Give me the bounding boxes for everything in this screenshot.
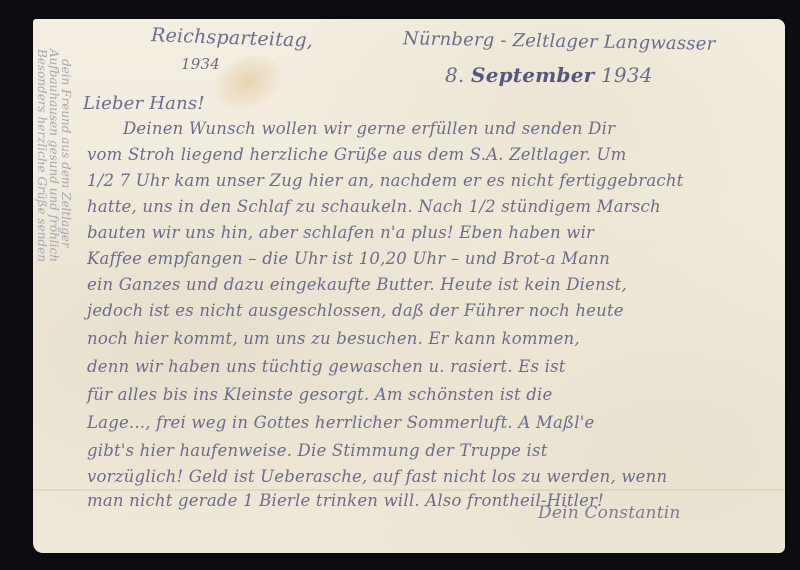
event-title: Reichsparteitag,: [151, 24, 314, 52]
letter-line: gibt's hier haufenweise. Die Stimmung de…: [87, 441, 548, 460]
signature: Dein Constantin: [538, 503, 681, 523]
letter-line: denn wir haben uns tüchtig gewaschen u. …: [87, 357, 566, 376]
letter-line: jedoch ist es nicht ausgeschlossen, daß …: [87, 301, 624, 320]
postcard: Besonders herzliche Grüße senden Aufbauh…: [33, 19, 785, 553]
letter-line: bauten wir uns hin, aber schlafen n'a pl…: [87, 223, 594, 242]
salutation: Lieber Hans!: [83, 93, 205, 114]
letter-line: ein Ganzes und dazu eingekaufte Butter. …: [87, 275, 627, 294]
letter-line: man nicht gerade 1 Bierle trinken will. …: [87, 491, 604, 510]
letter-line: hatte, uns in den Schlaf zu schaukeln. N…: [87, 197, 661, 216]
letter-line: vom Stroh liegend herzliche Grüße aus de…: [87, 145, 626, 164]
date-month: September: [471, 63, 594, 87]
letter-line: 1/2 7 Uhr kam unser Zug hier an, nachdem…: [87, 171, 684, 190]
scan-background: Besonders herzliche Grüße senden Aufbauh…: [0, 0, 800, 570]
letter-line: Kaffee empfangen – die Uhr ist 10,20 Uhr…: [87, 249, 610, 268]
letter-line: für alles bis ins Kleinste gesorgt. Am s…: [87, 385, 552, 404]
margin-note: dein Freund aus dem Zeltlager: [59, 59, 73, 248]
letter-line: vorzüglich! Geld ist Ueberasche, auf fas…: [87, 467, 667, 486]
date-day: 8.: [445, 63, 464, 87]
place-line: Nürnberg - Zeltlager Langwasser: [403, 28, 716, 54]
date-year: 1934: [601, 63, 653, 87]
letter-line: noch hier kommt, um uns zu besuchen. Er …: [87, 329, 580, 348]
letter-line: Deinen Wunsch wollen wir gerne erfüllen …: [123, 119, 615, 138]
event-year: 1934: [181, 55, 220, 73]
letter-line: Lage..., frei weg in Gottes herrlicher S…: [87, 413, 594, 432]
date-line: 8. September 1934: [445, 63, 653, 87]
